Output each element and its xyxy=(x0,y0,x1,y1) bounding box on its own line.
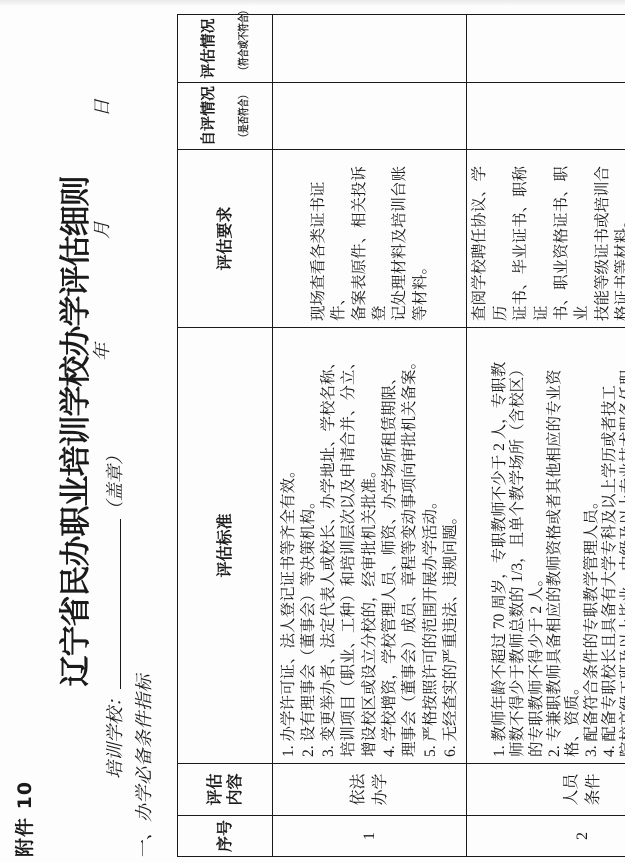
date-line: 年 月 日 xyxy=(88,99,114,361)
seal-label: （盖章） xyxy=(105,447,125,519)
standard-cell: 1. 教师年龄不超过 70 周岁，专职教师不少于 2 人，专职教 师数不得少于教… xyxy=(467,328,625,764)
content-cell: 人员 条件 xyxy=(467,764,625,816)
column-header-standard: 评估标准 xyxy=(178,328,273,764)
column-header-serial: 序号 xyxy=(178,816,273,857)
content-cell: 依法 办学 xyxy=(273,764,467,816)
evaluation-table: 序号 评估 内容 评估标准 评估要求 自评情况 （是否符合） 评估情况 （符合或… xyxy=(177,14,625,857)
table-row: 1 依法 办学 1. 办学许可证、法人登记证书等齐全有效。 2. 设有理事会（董… xyxy=(273,15,467,857)
date-month-label: 月 xyxy=(88,221,114,239)
school-name-label: 培训学校： xyxy=(105,689,125,779)
requirement-cell: 查阅学校聘任协议、学历 证书、毕业证书、职称证 书、职业资格证书、职业 技能等级… xyxy=(467,150,625,328)
school-name-blank xyxy=(102,519,121,689)
eval-result-header-sub: （符合或不符合） xyxy=(237,22,250,74)
column-header-content: 评估 内容 xyxy=(178,764,273,816)
self-eval-cell xyxy=(467,83,625,150)
requirement-cell: 现场查看各类证书证件、 备案表原件、相关投诉登 记处理材料及培训台账 等材料。 xyxy=(273,150,467,328)
rotated-landscape-sheet: 附件 10 辽宁省民办职业培训学校办学评估细则 培训学校：（盖章） 年 月 日 … xyxy=(0,0,625,863)
eval-result-cell xyxy=(273,15,467,83)
column-header-self-eval: 自评情况 （是否符合） xyxy=(178,83,273,150)
section-heading: 一、办学必备条件指标 xyxy=(130,674,156,859)
eval-result-cell xyxy=(467,15,625,83)
school-name-line: 培训学校：（盖章） xyxy=(101,447,127,779)
document-page: 附件 10 辽宁省民办职业培训学校办学评估细则 培训学校：（盖章） 年 月 日 … xyxy=(0,0,625,863)
standard-cell: 1. 办学许可证、法人登记证书等齐全有效。 2. 设有理事会（董事会）等决策机构… xyxy=(273,328,467,764)
self-eval-header-sub: （是否符合） xyxy=(237,90,250,141)
table-header-row: 序号 评估 内容 评估标准 评估要求 自评情况 （是否符合） 评估情况 （符合或… xyxy=(178,15,273,857)
column-header-eval-result: 评估情况 （符合或不符合） xyxy=(178,15,273,83)
column-header-requirement: 评估要求 xyxy=(178,150,273,328)
date-year-label: 年 xyxy=(88,343,114,361)
table-row: 2 人员 条件 1. 教师年龄不超过 70 周岁，专职教师不少于 2 人，专职教… xyxy=(467,15,625,857)
serial-cell: 2 xyxy=(467,816,625,857)
self-eval-header-main: 自评情况 xyxy=(200,83,217,149)
self-eval-cell xyxy=(273,83,467,150)
eval-result-header-main: 评估情况 xyxy=(200,15,217,82)
serial-cell: 1 xyxy=(273,816,467,857)
date-day-label: 日 xyxy=(88,99,114,117)
attachment-label: 附件 10 xyxy=(10,781,37,857)
